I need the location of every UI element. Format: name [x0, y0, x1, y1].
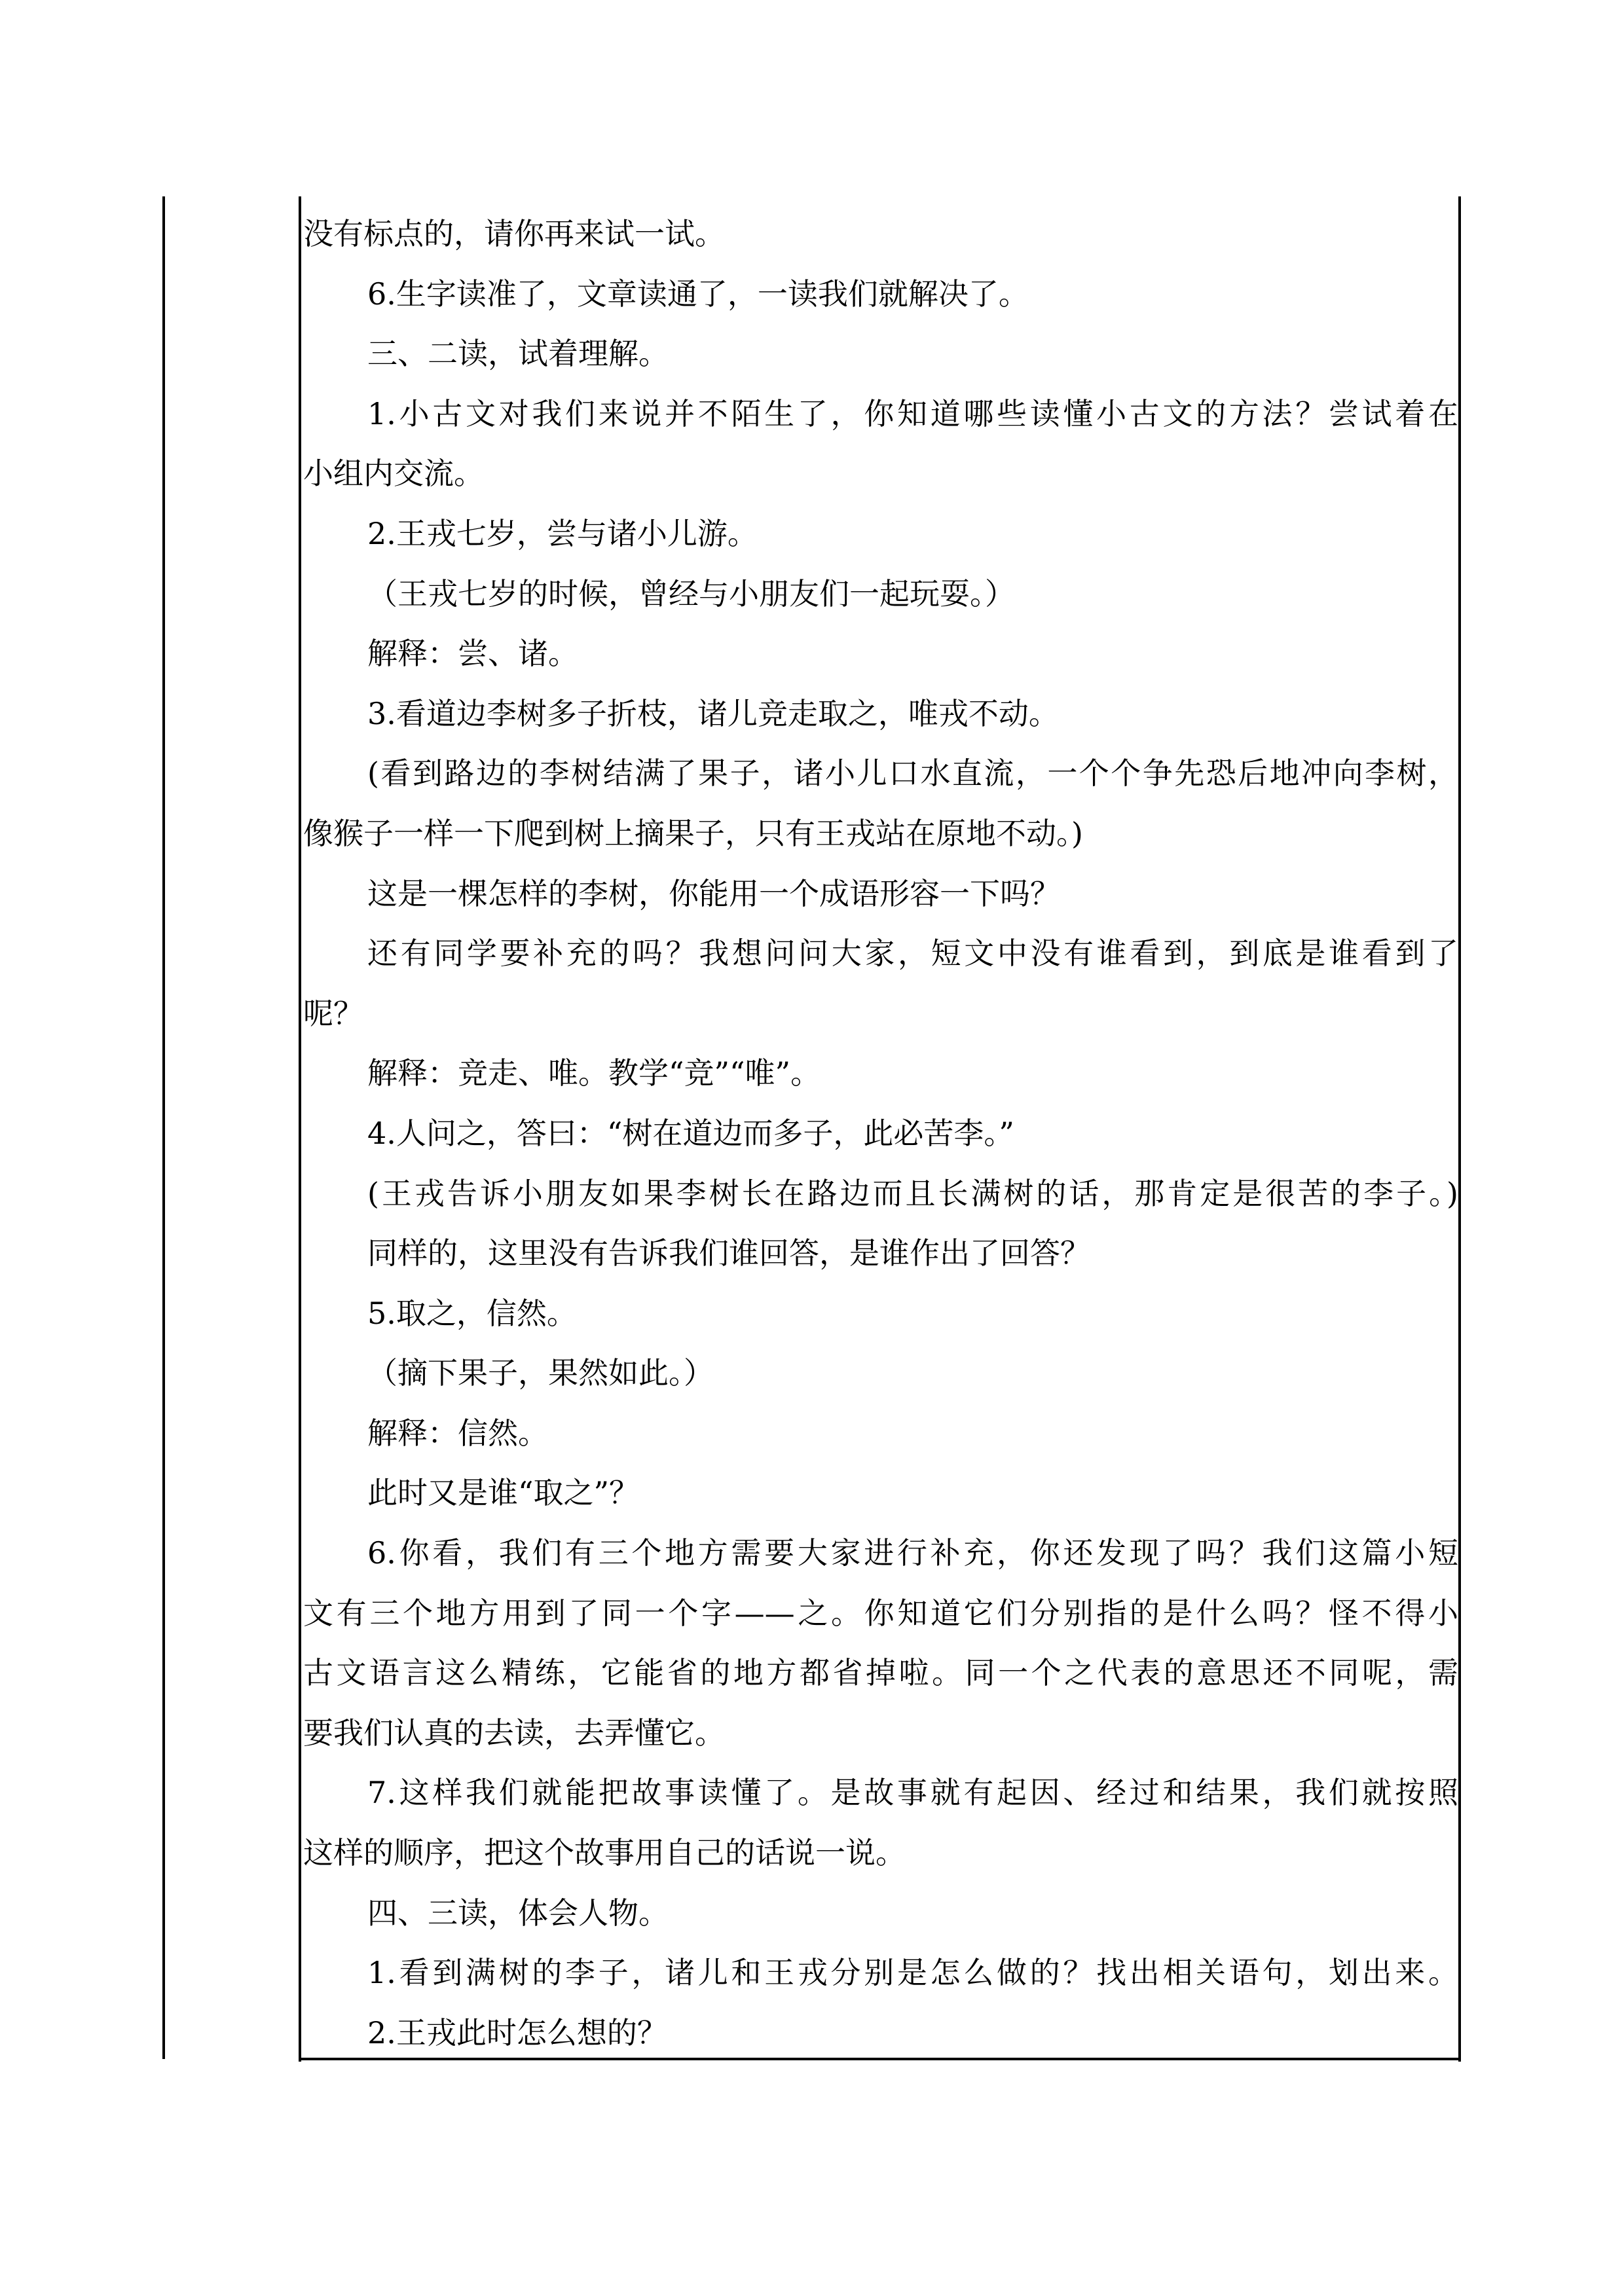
text-line: 小组内交流。: [303, 444, 1458, 504]
text-line: (王戎告诉小朋友如果李树长在路边而且长满树的话，那肯定是很苦的李子。): [303, 1164, 1458, 1224]
text-line: 2.王戎此时怎么想的？: [303, 2003, 1458, 2064]
text-line: 3.看道边李树多子折枝，诸儿竞走取之，唯戎不动。: [303, 684, 1458, 744]
text-line: 解释：竞走、唯。教学“竞”“唯”。: [303, 1044, 1458, 1104]
text-line: 此时又是谁“取之”？: [303, 1463, 1458, 1523]
text-line: 6.你看，我们有三个地方需要大家进行补充，你还发现了吗？我们这篇小短: [303, 1523, 1458, 1584]
text-line: 三、二读，试着理解。: [303, 324, 1458, 384]
text-line: 四、三读，体会人物。: [303, 1884, 1458, 1944]
table-left-border: [162, 196, 165, 2059]
text-line: （王戎七岁的时候，曾经与小朋友们一起玩耍。）: [303, 564, 1458, 625]
table-right-border: [1458, 196, 1461, 2062]
document-page: 没有标点的，请你再来试一试。6.生字读准了，文章读通了，一读我们就解决了。三、二…: [0, 0, 1624, 2296]
text-line: 5.取之，信然。: [303, 1284, 1458, 1344]
text-line: 1.小古文对我们来说并不陌生了，你知道哪些读懂小古文的方法？尝试着在: [303, 384, 1458, 445]
text-line: 2.王戎七岁，尝与诸小儿游。: [303, 504, 1458, 564]
text-line: 古文语言这么精练，它能省的地方都省掉啦。同一个之代表的意思还不同呢，需: [303, 1643, 1458, 1704]
text-line: 7.这样我们就能把故事读懂了。是故事就有起因、经过和结果，我们就按照: [303, 1763, 1458, 1823]
text-line: (看到路边的李树结满了果子，诸小儿口水直流，一个个争先恐后地冲向李树，: [303, 744, 1458, 804]
text-line: 呢？: [303, 984, 1458, 1044]
text-line: 文有三个地方用到了同一个字——之。你知道它们分别指的是什么吗？怪不得小: [303, 1584, 1458, 1644]
text-line: 解释：信然。: [303, 1404, 1458, 1464]
text-line: 这样的顺序，把这个故事用自己的话说一说。: [303, 1823, 1458, 1884]
text-line: 这是一棵怎样的李树，你能用一个成语形容一下吗？: [303, 864, 1458, 924]
text-line: 1.看到满树的李子，诸儿和王戎分别是怎么做的？找出相关语句，划出来。: [303, 1943, 1458, 2003]
text-line: 6.生字读准了，文章读通了，一读我们就解决了。: [303, 264, 1458, 325]
text-line: 还有同学要补充的吗？我想问问大家，短文中没有谁看到，到底是谁看到了: [303, 924, 1458, 984]
text-line: 同样的，这里没有告诉我们谁回答，是谁作出了回答？: [303, 1224, 1458, 1284]
text-line: 4.人问之，答曰：“树在道边而多子，此必苦李。”: [303, 1104, 1458, 1164]
lesson-plan-text: 没有标点的，请你再来试一试。6.生字读准了，文章读通了，一读我们就解决了。三、二…: [303, 204, 1458, 2063]
text-line: 像猴子一样一下爬到树上摘果子，只有王戎站在原地不动。): [303, 804, 1458, 864]
text-line: 要我们认真的去读，去弄懂它。: [303, 1704, 1458, 1764]
text-line: 解释：尝、诸。: [303, 624, 1458, 684]
table-column-divider: [299, 196, 301, 2062]
text-line: 没有标点的，请你再来试一试。: [303, 204, 1458, 264]
text-line: （摘下果子，果然如此。）: [303, 1343, 1458, 1404]
